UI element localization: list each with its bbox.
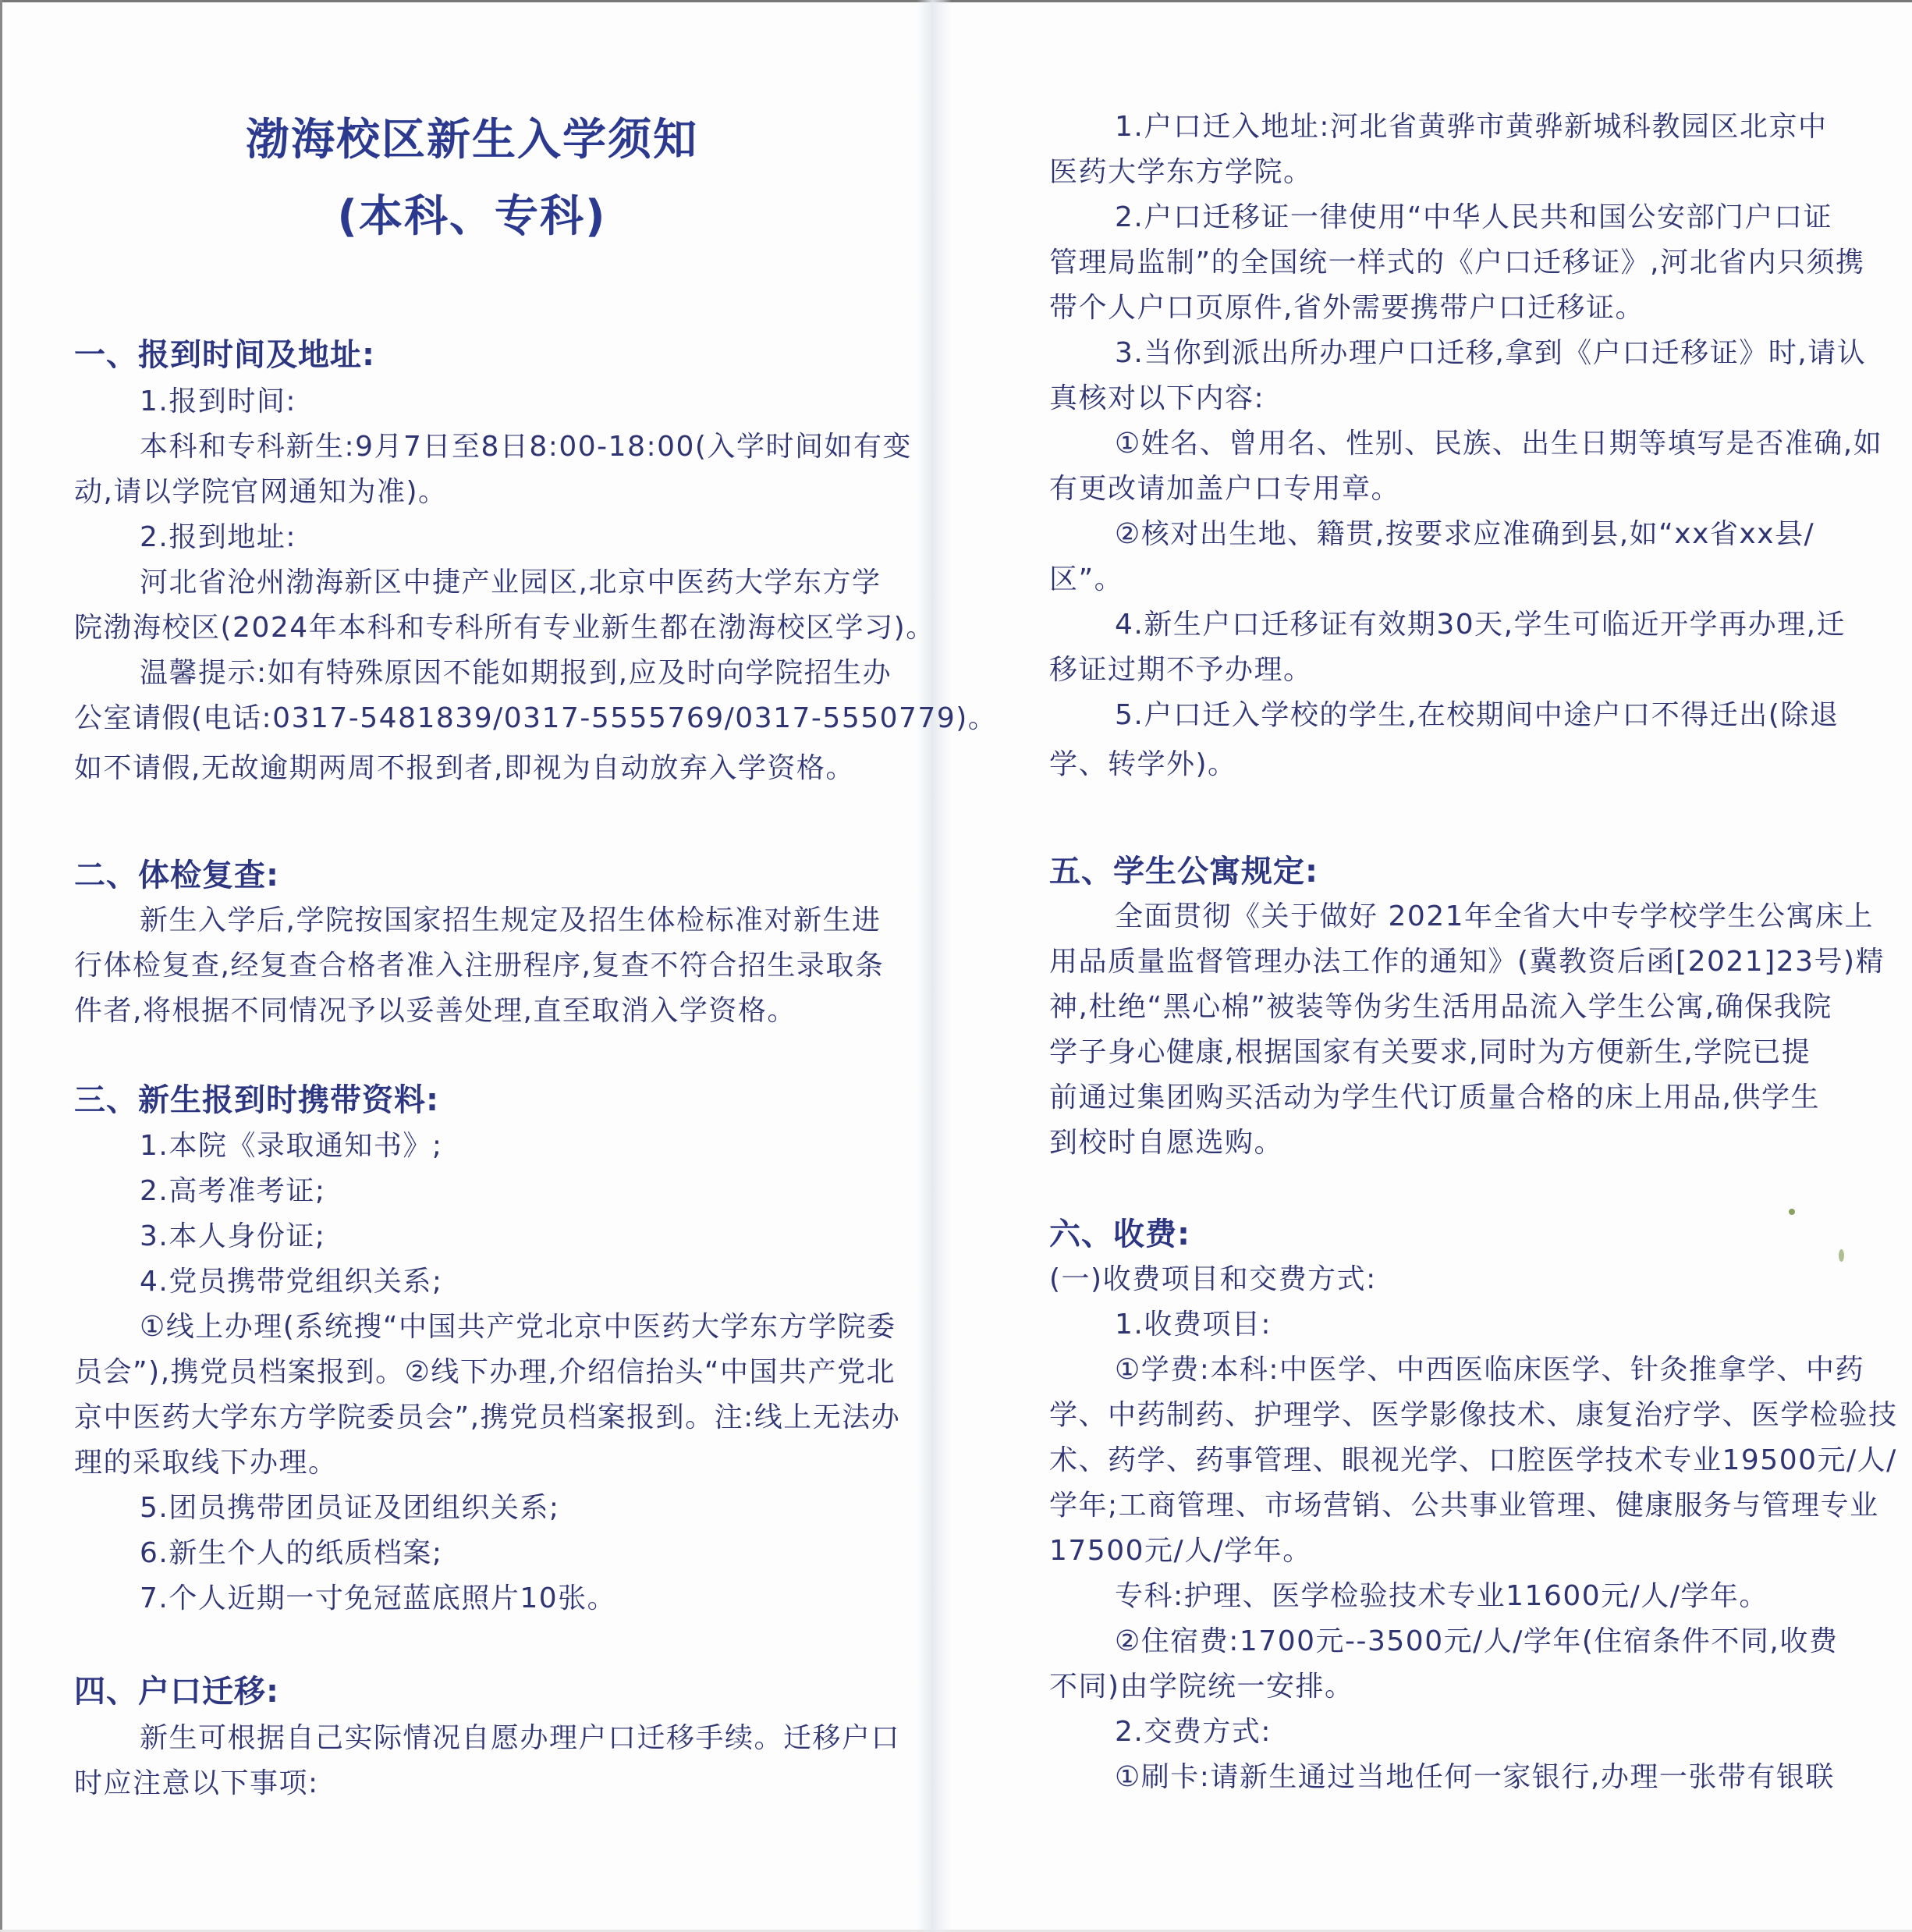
scan-speck <box>1839 1249 1844 1262</box>
text-line: 学、中药制药、护理学、医学影像技术、康复治疗学、医学检验技 <box>1049 1396 1898 1435</box>
text-line: 公室请假(电话:0317-5481839/0317-5555769/0317-5… <box>74 699 997 738</box>
section-heading-registration: 一、报到时间及地址: <box>74 336 375 375</box>
list-item: ①姓名、曾用名、性别、民族、出生日期等填写是否准确,如 <box>1115 424 1882 463</box>
text-line: 学、转学外)。 <box>1049 745 1237 784</box>
text-line: 院渤海校区(2024年本科和专科所有专业新生都在渤海校区学习)。 <box>74 609 935 648</box>
text-line: 神,杜绝“黑心棉”被装等伪劣生活用品流入学生公寓,确保我院 <box>1049 988 1832 1027</box>
text-line: 1.报到时间: <box>140 382 296 421</box>
subheading: (一)收费项目和交费方式: <box>1049 1260 1377 1299</box>
list-item: 1.本院《录取通知书》; <box>140 1127 442 1166</box>
text-line: 学子身心健康,根据国家有关要求,同时为方便新生,学院已提 <box>1049 1033 1811 1072</box>
section-heading-dormitory: 五、学生公寓规定: <box>1049 852 1318 891</box>
list-item: 2.户口迁移证一律使用“中华人民共和国公安部门户口证 <box>1115 198 1832 237</box>
text-line: 带个人户口页原件,省外需要携带户口迁移证。 <box>1049 289 1644 328</box>
list-item: ①学费:本科:中医学、中西医临床医学、针灸推拿学、中药 <box>1115 1351 1864 1390</box>
text-line: 学年;工商管理、市场营销、公共事业管理、健康服务与管理专业 <box>1049 1486 1879 1525</box>
text-line: 区”。 <box>1049 560 1123 599</box>
text-line: 移证过期不予办理。 <box>1049 651 1313 690</box>
text-line: 前通过集团购买活动为学生代订质量合格的床上用品,供学生 <box>1049 1078 1820 1117</box>
list-item: 3.当你到派出所办理户口迁移,拿到《户口迁移证》时,请认 <box>1115 334 1866 373</box>
text-line: 新生可根据自己实际情况自愿办理户口迁移手续。迁移户口 <box>140 1719 900 1758</box>
page-fold-shadow <box>917 0 952 1932</box>
title-subtitle: (本科、专科) <box>74 190 870 244</box>
text-line: 有更改请加盖户口专用章。 <box>1049 470 1400 509</box>
section-heading-materials: 三、新生报到时携带资料: <box>74 1081 439 1120</box>
section-heading-health-check: 二、体检复查: <box>74 856 279 895</box>
text-line: 不同)由学院统一安排。 <box>1049 1667 1354 1706</box>
list-item: ①刷卡:请新生通过当地任何一家银行,办理一张带有银联 <box>1115 1758 1835 1797</box>
text-line: 行体检复查,经复查合格者准入注册程序,复查不符合招生录取条 <box>74 946 884 986</box>
list-item: 7.个人近期一寸免冠蓝底照片10张。 <box>140 1579 616 1618</box>
text-line: 京中医药大学东方学院委员会”,携党员档案报到。注:线上无法办 <box>74 1398 900 1437</box>
list-item: 4.新生户口迁移证有效期30天,学生可临近开学再办理,迁 <box>1115 606 1846 645</box>
list-item: 5.户口迁入学校的学生,在校期间中途户口不得迁出(除退 <box>1115 696 1839 735</box>
text-line: 到校时自愿选购。 <box>1049 1124 1283 1163</box>
list-item: ②核对出生地、籍贯,按要求应准确到县,如“xx省xx县/ <box>1115 515 1814 554</box>
section-heading-fees: 六、收费: <box>1049 1215 1190 1254</box>
text-line: 理的采取线下办理。 <box>74 1444 338 1483</box>
text-line: 17500元/人/学年。 <box>1049 1532 1312 1571</box>
text-line: 如不请假,无故逾期两周不报到者,即视为自动放弃入学资格。 <box>74 749 855 788</box>
list-item: 2.交费方式: <box>1115 1713 1272 1752</box>
list-item: 6.新生个人的纸质档案; <box>140 1534 442 1573</box>
text-line: 时应注意以下事项: <box>74 1764 319 1803</box>
text-line: 用品质量监督管理办法工作的通知》(冀教资后函[2021]23号)精 <box>1049 943 1885 982</box>
list-item: 5.团员携带团员证及团组织关系; <box>140 1489 559 1528</box>
list-item: 4.党员携带党组织关系; <box>140 1263 442 1302</box>
list-item: 1.户口迁入地址:河北省黄骅市黄骅新城科教园区北京中 <box>1115 108 1827 147</box>
scan-speck <box>1789 1209 1795 1215</box>
text-line: 员会”),携党员档案报到。②线下办理,介绍信抬头“中国共产党北 <box>74 1353 896 1392</box>
text-line: 温馨提示:如有特殊原因不能如期报到,应及时向学院招生办 <box>140 654 892 693</box>
list-item: 3.本人身份证; <box>140 1217 325 1256</box>
scan-border-left <box>0 0 2 1932</box>
text-line: 河北省沧州渤海新区中捷产业园区,北京中医药大学东方学 <box>140 563 881 602</box>
list-item: 2.高考准考证; <box>140 1172 325 1211</box>
text-line: 术、药学、药事管理、眼视光学、口腔医学技术专业19500元/人/ <box>1049 1441 1897 1480</box>
text-line: ①线上办理(系统搜“中国共产党北京中医药大学东方学院委 <box>140 1308 896 1347</box>
text-line: 管理局监制”的全国统一样式的《户口迁移证》,河北省内只须携 <box>1049 243 1865 282</box>
text-line: 全面贯彻《关于做好 2021年全省大中专学校学生公寓床上 <box>1115 897 1874 936</box>
text-line: 本科和专科新生:9月7日至8日8:00-18:00(入学时间如有变 <box>140 428 912 467</box>
text-line: 新生入学后,学院按国家招生规定及招生体检标准对新生进 <box>140 901 881 940</box>
list-item: 1.收费项目: <box>1115 1305 1272 1344</box>
text-line: 动,请以学院官网通知为准)。 <box>74 473 448 512</box>
section-heading-hukou: 四、户口迁移: <box>74 1672 279 1711</box>
scan-border-top <box>0 0 1912 2</box>
text-line: 专科:护理、医学检验技术专业11600元/人/学年。 <box>1115 1577 1768 1616</box>
text-line: 医药大学东方学院。 <box>1049 153 1313 192</box>
text-line: 件者,将根据不同情况予以妥善处理,直至取消入学资格。 <box>74 992 796 1031</box>
title-main: 渤海校区新生入学须知 <box>74 113 870 168</box>
text-line: 真核对以下内容: <box>1049 379 1265 418</box>
list-item: ②住宿费:1700元--3500元/人/学年(住宿条件不同,收费 <box>1115 1622 1838 1661</box>
text-line: 2.报到地址: <box>140 518 296 557</box>
